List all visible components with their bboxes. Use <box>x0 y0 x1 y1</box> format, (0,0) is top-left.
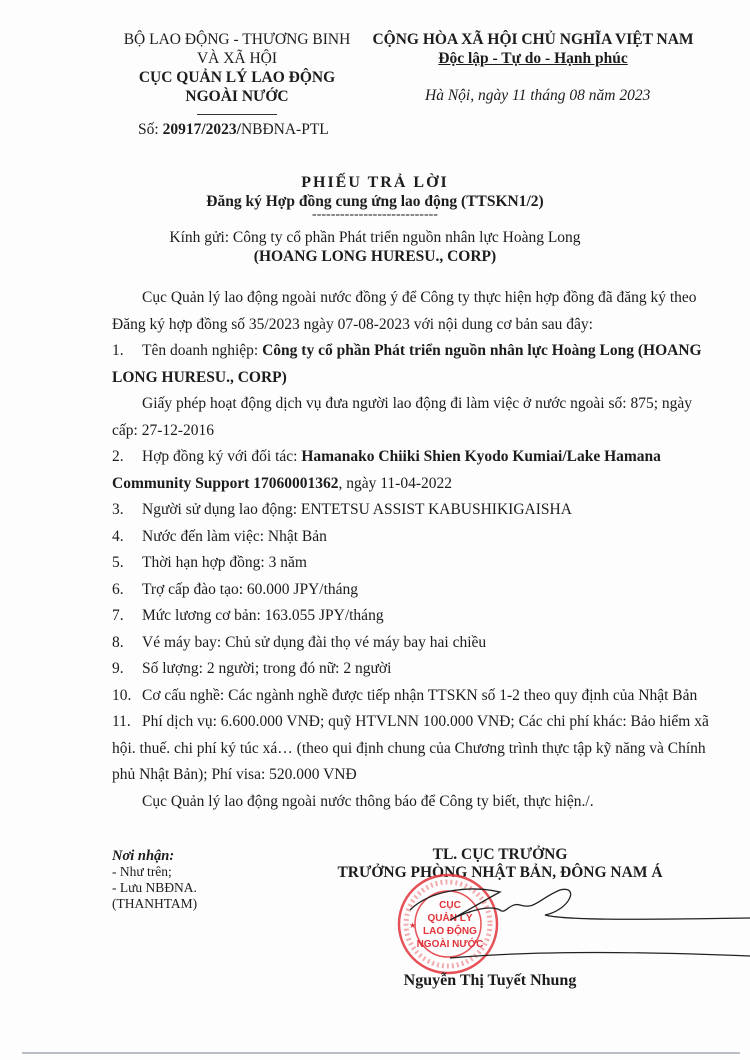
recipient-item: - Như trên; <box>112 864 197 880</box>
item-number: 2. <box>112 444 142 471</box>
item-label: Cơ cấu nghề: Các ngành nghề được tiếp nh… <box>142 687 697 704</box>
item-number: 10. <box>112 683 142 710</box>
item-number: 8. <box>112 630 142 657</box>
item-label: Người sử dụng lao động: ENTETSU ASSIST K… <box>142 501 572 518</box>
list-item: Giấy phép hoạt động dịch vụ đưa người la… <box>112 391 712 444</box>
item-rest: , ngày 11-04-2022 <box>339 475 453 492</box>
item-label: Tên doanh nghiệp: <box>142 342 262 359</box>
intro-paragraph: Cục Quản lý lao động ngoài nước đồng ý đ… <box>112 285 712 338</box>
item-label: Vé máy bay: Chủ sử dụng đài thọ vé máy b… <box>142 634 486 651</box>
item-label: Trợ cấp đào tạo: 60.000 JPY/tháng <box>142 581 358 598</box>
item-number: 3. <box>112 497 142 524</box>
item-label: Mức lương cơ bản: 163.055 JPY/tháng <box>142 607 384 624</box>
list-item: 9.Số lượng: 2 người; trong đó nữ: 2 ngườ… <box>112 656 712 683</box>
list-item: 3.Người sử dụng lao động: ENTETSU ASSIST… <box>112 497 712 524</box>
item-number: 9. <box>112 656 142 683</box>
recipient-item: (THANHTAM) <box>112 896 197 912</box>
nation-title: CỘNG HÒA XÃ HỘI CHỦ NGHĨA VIỆT NAM <box>368 30 698 49</box>
list-item: 2.Hợp đồng ký với đối tác: Hamanako Chii… <box>112 444 712 497</box>
place-date: Hà Nội, ngày 11 tháng 08 năm 2023 <box>425 87 650 105</box>
item-label: Giấy phép hoạt động dịch vụ đưa người la… <box>112 395 692 439</box>
item-number: 4. <box>112 524 142 551</box>
number-suffix: NBĐNA-PTL <box>241 121 329 138</box>
document-title: PHIẾU TRẢ LỜI <box>0 174 750 192</box>
recipients-title: Nơi nhận: <box>112 848 197 864</box>
list-item: 7.Mức lương cơ bản: 163.055 JPY/tháng <box>112 603 712 630</box>
number-value: 20917/2023/ <box>163 121 241 138</box>
department-line-1: CỤC QUẢN LÝ LAO ĐỘNG <box>112 68 362 87</box>
item-number: 1. <box>112 338 142 365</box>
header-underline <box>197 114 277 115</box>
signature-title: TL. CỤC TRƯỞNG TRƯỞNG PHÒNG NHẬT BẢN, ĐÔ… <box>310 846 690 882</box>
greeting-text: Kính gửi: Công ty cổ phần Phát triển ngu… <box>0 228 750 247</box>
page-bottom-edge <box>22 1052 740 1054</box>
list-item: 10.Cơ cấu nghề: Các ngành nghề được tiếp… <box>112 683 712 710</box>
item-label: Phí dịch vụ: 6.600.000 VNĐ; quỹ HTVLNN 1… <box>112 713 709 783</box>
list-item: 8.Vé máy bay: Chủ sử dụng đài thọ vé máy… <box>112 630 712 657</box>
list-item: 1.Tên doanh nghiệp: Công ty cổ phần Phát… <box>112 338 712 391</box>
greeting: Kính gửi: Công ty cổ phần Phát triển ngu… <box>0 228 750 266</box>
signature-icon <box>390 880 750 960</box>
item-label: Nước đến làm việc: Nhật Bản <box>142 528 327 545</box>
recipients-block: Nơi nhận: - Như trên; - Lưu NBĐNA. (THAN… <box>112 848 197 912</box>
signer-name: Nguyễn Thị Tuyết Nhung <box>340 972 640 990</box>
number-label: Số: <box>138 121 163 138</box>
ministry-line-1: BỘ LAO ĐỘNG - THƯƠNG BINH <box>112 30 362 49</box>
item-number: 6. <box>112 577 142 604</box>
recipient-item: - Lưu NBĐNA. <box>112 880 197 896</box>
list-item: 11.Phí dịch vụ: 6.600.000 VNĐ; quỹ HTVLN… <box>112 709 712 789</box>
item-label: Thời hạn hợp đồng: 3 năm <box>142 554 307 571</box>
greeting-company-en: (HOANG LONG HURESU., CORP) <box>0 247 750 266</box>
document-body: Cục Quản lý lao động ngoài nước đồng ý đ… <box>112 285 712 815</box>
issuing-authority: BỘ LAO ĐỘNG - THƯƠNG BINH VÀ XÃ HỘI CỤC … <box>112 30 362 115</box>
department-line-2: NGOÀI NƯỚC <box>112 87 362 106</box>
item-number: 5. <box>112 550 142 577</box>
list-item: 6.Trợ cấp đào tạo: 60.000 JPY/tháng <box>112 577 712 604</box>
title-divider: --------------------------- <box>0 207 750 223</box>
national-motto: Độc lập - Tự do - Hạnh phúc <box>368 49 698 68</box>
item-label: Hợp đồng ký với đối tác: <box>142 448 301 465</box>
item-number: 11. <box>112 709 142 736</box>
item-number: 7. <box>112 603 142 630</box>
document-number: Số: 20917/2023/NBĐNA-PTL <box>138 121 329 139</box>
ministry-line-2: VÀ XÃ HỘI <box>112 49 362 68</box>
list-item: 5.Thời hạn hợp đồng: 3 năm <box>112 550 712 577</box>
national-header: CỘNG HÒA XÃ HỘI CHỦ NGHĨA VIỆT NAM Độc l… <box>368 30 698 68</box>
closing-paragraph: Cục Quản lý lao động ngoài nước thông bá… <box>112 789 712 816</box>
item-label: Số lượng: 2 người; trong đó nữ: 2 người <box>142 660 391 677</box>
list-item: 4.Nước đến làm việc: Nhật Bản <box>112 524 712 551</box>
sign-line-1: TL. CỤC TRƯỞNG <box>310 846 690 864</box>
item-list: 1.Tên doanh nghiệp: Công ty cổ phần Phát… <box>112 338 712 789</box>
